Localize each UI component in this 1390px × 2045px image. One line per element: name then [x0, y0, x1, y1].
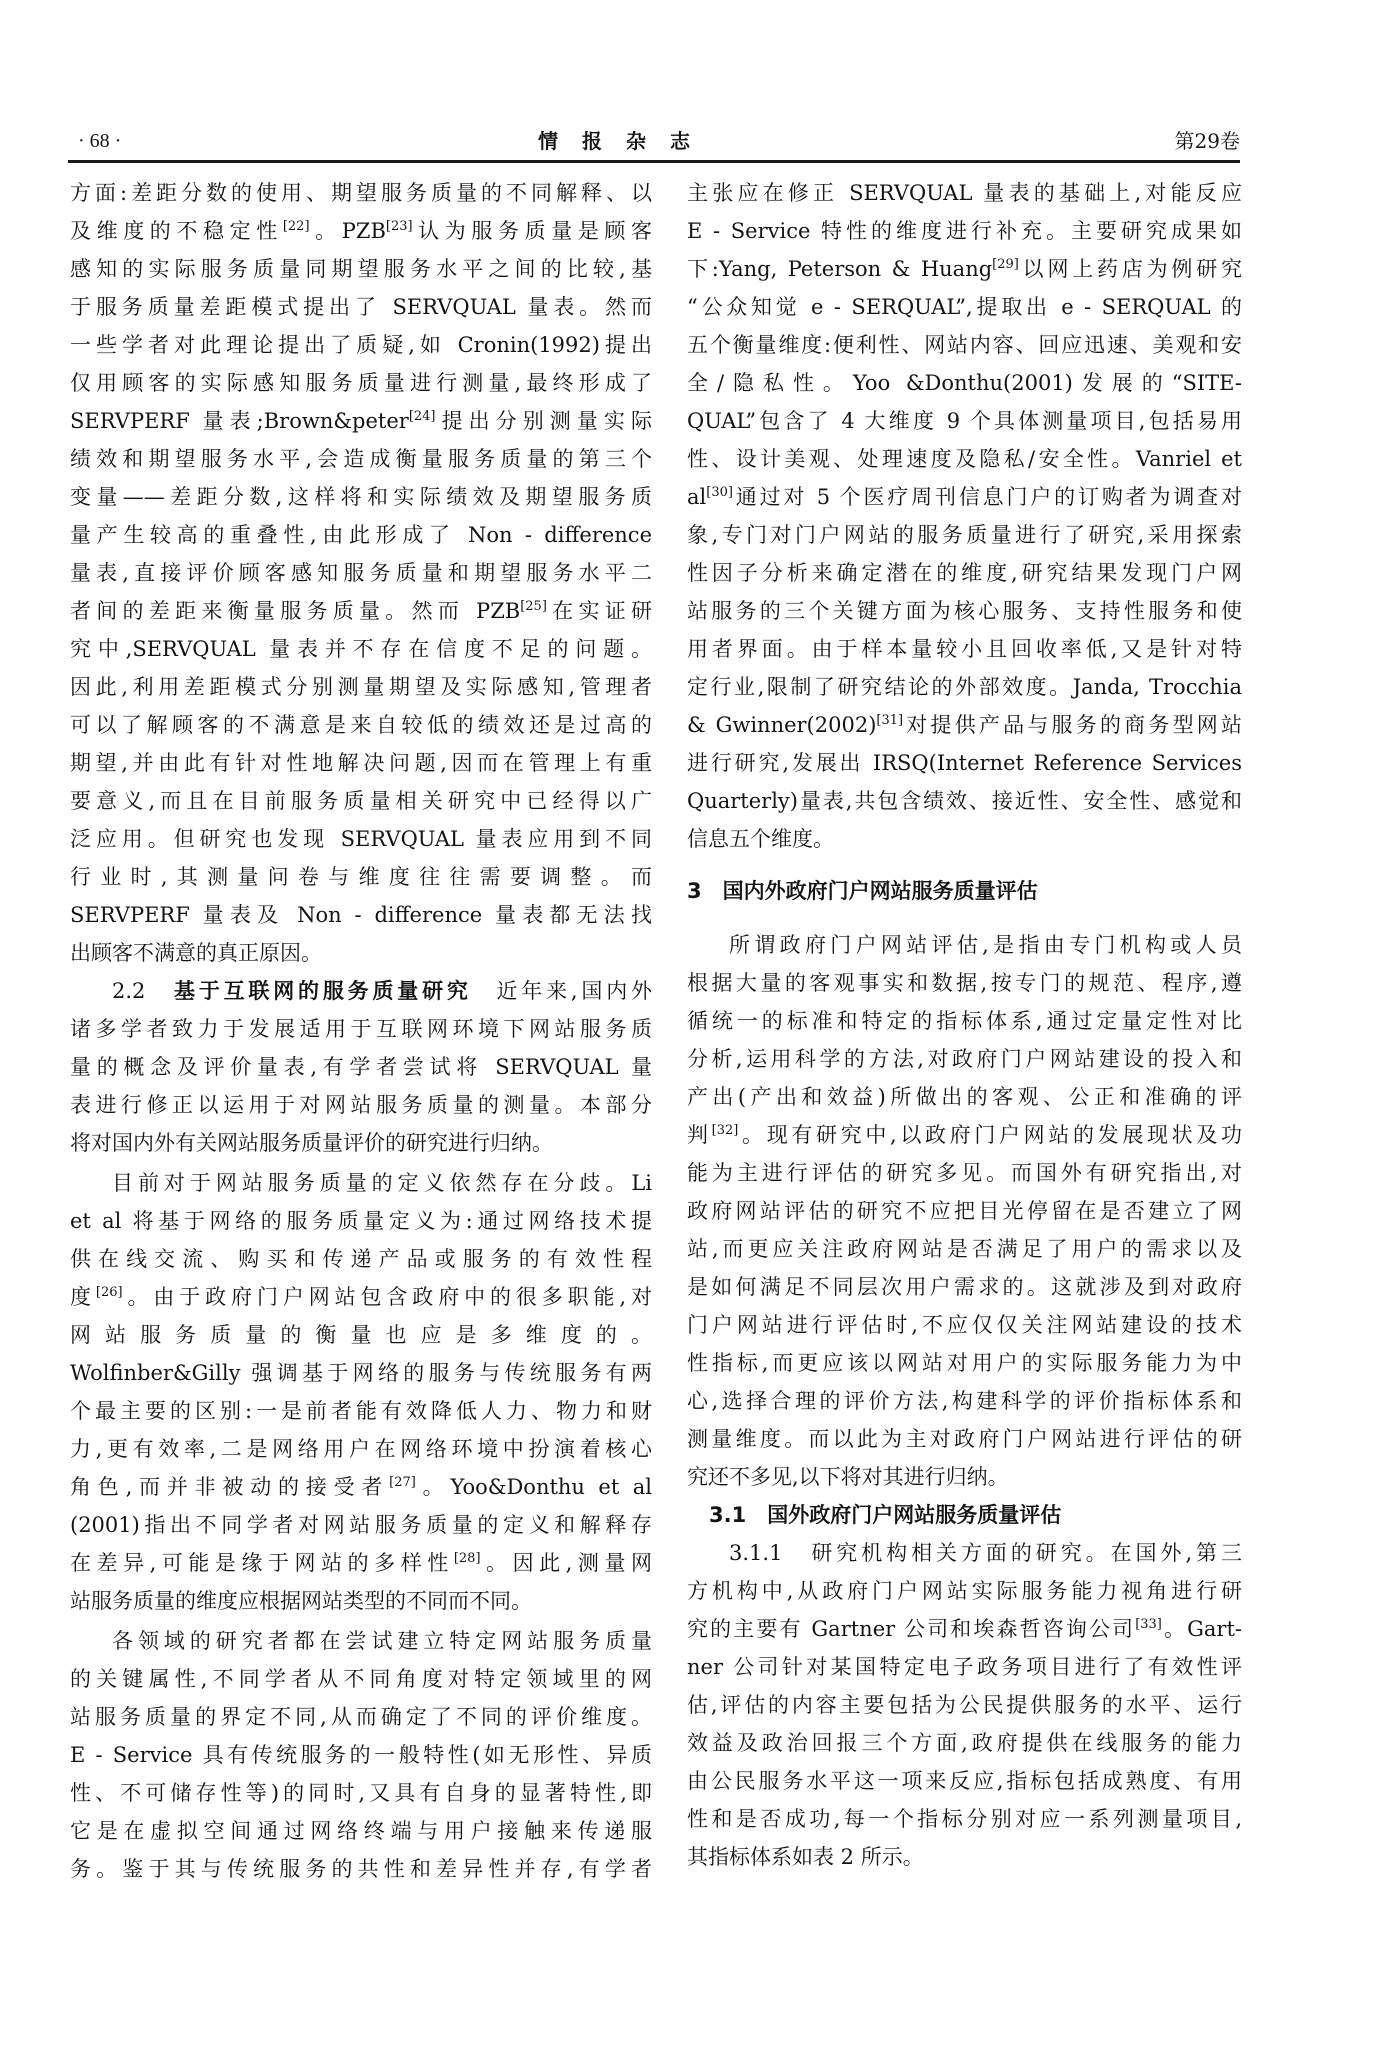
text-line: 究还不多见,以下将对其进行归纳。: [687, 1460, 1242, 1494]
text-line: 性、不可储存性等)的同时,又具有自身的显著特性,即: [70, 1776, 652, 1810]
text-line: E - Service 具有传统服务的一般特性(如无形性、异质: [70, 1738, 652, 1772]
text-line: 象,专门对门户网站的服务质量进行了研究,采用探索: [687, 518, 1242, 552]
text-line: 行业时,其测量问卷与维度往往需要调整。而: [70, 860, 652, 894]
text-line: 产出(产出和效益)所做出的客观、公正和准确的评: [687, 1080, 1242, 1114]
text-line: 在差异,可能是缘于网站的多样性[28]。因此,测量网: [70, 1546, 652, 1580]
text-line: 究中,SERVQUAL 量表并不存在信度不足的问题。: [70, 632, 652, 666]
text-line: 信息五个维度。: [687, 822, 1242, 856]
citation-ref: [25]: [520, 599, 547, 614]
citation-ref: [30]: [706, 485, 733, 500]
text-line: 量产生较高的重叠性,由此形成了 Non - difference: [70, 518, 652, 552]
text-line: 用者界面。由于样本量较小且回收率低,又是针对特: [687, 632, 1242, 666]
text-line: 个最主要的区别:一是前者能有效降低人力、物力和财: [70, 1394, 652, 1428]
text-line: 及维度的不稳定性[22]。PZB[23]认为服务质量是顾客: [70, 214, 652, 248]
text-line: 进行研究,发展出 IRSQ(Internet Reference Service…: [687, 746, 1242, 780]
text-line: 分析,运用科学的方法,对政府门户网站建设的投入和: [687, 1042, 1242, 1076]
text-line: 主张应在修正 SERVQUAL 量表的基础上,对能反应: [687, 176, 1242, 210]
text-line: al[30]通过对 5 个医疗周刊信息门户的订购者为调查对: [687, 480, 1242, 514]
text-line: Quarterly)量表,共包含绩效、接近性、安全性、感觉和: [687, 784, 1242, 818]
text-line: 于服务质量差距模式提出了 SERVQUAL 量表。然而: [70, 290, 652, 324]
text-line: 究的主要有 Gartner 公司和埃森哲咨询公司[33]。Gart-: [687, 1612, 1242, 1646]
text-line: SERVPERF 量表;Brown&peter[24]提出分别测量实际: [70, 404, 652, 438]
text-line: 量表,直接评价顾客感知服务质量和期望服务水平二: [70, 556, 652, 590]
text-line: 循统一的标准和特定的指标体系,通过定量定性对比: [687, 1004, 1242, 1038]
text-line: 将对国内外有关网站服务质量评价的研究进行归纳。: [70, 1126, 652, 1160]
text-line: 估,评估的内容主要包括为公民提供服务的水平、运行: [687, 1688, 1242, 1722]
text-line: 务。鉴于其与传统服务的共性和差异性并存,有学者: [70, 1852, 652, 1886]
header-rule: [68, 160, 1240, 163]
section-heading: 3 国内外政府门户网站服务质量评估: [687, 874, 1242, 908]
text-line: 站服务质量的界定不同,从而确定了不同的评价维度。: [70, 1700, 652, 1734]
citation-ref: [32]: [712, 1123, 739, 1138]
text-line: 根据大量的客观事实和数据,按专门的规范、程序,遵: [687, 966, 1242, 1000]
page-number: · 68 ·: [78, 128, 121, 154]
text-line: 测量维度。而以此为主对政府门户网站进行评估的研: [687, 1422, 1242, 1456]
text-line: 性、设计美观、处理速度及隐私/安全性。Vanriel et: [687, 442, 1242, 476]
text-line: 诸多学者致力于发展适用于互联网环境下网站服务质: [70, 1012, 652, 1046]
volume-label: 第29卷: [1175, 128, 1240, 154]
text-line: 效益及政治回报三个方面,政府提供在线服务的能力: [687, 1726, 1242, 1760]
text-line: 出顾客不满意的真正原因。: [70, 936, 652, 970]
text-line: 量的概念及评价量表,有学者尝试将 SERVQUAL 量: [70, 1050, 652, 1084]
text-line: 它是在虚拟空间通过网络终端与用户接触来传递服: [70, 1814, 652, 1848]
text-line: 2.2 基于互联网的服务质量研究 近年来,国内外: [70, 974, 652, 1008]
text-line: 心,选择合理的评价方法,构建科学的评价指标体系和: [687, 1384, 1242, 1418]
text-line: 一些学者对此理论提出了质疑,如 Cronin(1992)提出: [70, 328, 652, 362]
text-line: 变量——差距分数,这样将和实际绩效及期望服务质: [70, 480, 652, 514]
text-line: 者间的差距来衡量服务质量。然而 PZB[25]在实证研: [70, 594, 652, 628]
text-line: 目前对于网站服务质量的定义依然存在分歧。Li: [70, 1166, 652, 1200]
section-heading: 3.1 国外政府门户网站服务质量评估: [687, 1498, 1242, 1532]
text-line: 仅用顾客的实际感知服务质量进行测量,最终形成了: [70, 366, 652, 400]
citation-ref: [23]: [386, 219, 413, 234]
text-line: 定行业,限制了研究结论的外部效度。Janda, Trocchia: [687, 670, 1242, 704]
text-line: 供在线交流、购买和传递产品或服务的有效性程: [70, 1242, 652, 1276]
text-line: SERVPERF 量表及 Non - difference 量表都无法找: [70, 898, 652, 932]
text-line: 的关键属性,不同学者从不同角度对特定领域里的网: [70, 1662, 652, 1696]
text-line: 性因子分析来确定潜在的维度,研究结果发现门户网: [687, 556, 1242, 590]
citation-ref: [33]: [1135, 1617, 1162, 1632]
text-line: 由公民服务水平这一项来反应,指标包括成熟度、有用: [687, 1764, 1242, 1798]
text-line: 绩效和期望服务水平,会造成衡量服务质量的第三个: [70, 442, 652, 476]
citation-ref: [22]: [283, 219, 310, 234]
citation-ref: [28]: [454, 1551, 481, 1566]
text-line: 角色,而并非被动的接受者[27]。Yoo&Donthu et al: [70, 1470, 652, 1504]
text-line: 度[26]。由于政府门户网站包含政府中的很多职能,对: [70, 1280, 652, 1314]
text-line: 站服务质量的维度应根据网站类型的不同而不同。: [70, 1584, 652, 1618]
text-line: 门户网站进行评估时,不应仅仅关注网站建设的技术: [687, 1308, 1242, 1342]
text-line: 期望,并由此有针对性地解决问题,因而在管理上有重: [70, 746, 652, 780]
text-line: 表进行修正以运用于对网站服务质量的测量。本部分: [70, 1088, 652, 1122]
text-line: 泛应用。但研究也发现 SERVQUAL 量表应用到不同: [70, 822, 652, 856]
citation-ref: [29]: [992, 257, 1019, 272]
text-line: 性和是否成功,每一个指标分别对应一系列测量项目,: [687, 1802, 1242, 1836]
text-line: 站,而更应关注政府网站是否满足了用户的需求以及: [687, 1232, 1242, 1266]
text-line: 站服务的三个关键方面为核心服务、支持性服务和使: [687, 594, 1242, 628]
text-line: (2001)指出不同学者对网站服务质量的定义和解释存: [70, 1508, 652, 1542]
text-line: 判[32]。现有研究中,以政府门户网站的发展现状及功: [687, 1118, 1242, 1152]
text-line: 各领域的研究者都在尝试建立特定网站服务质量: [70, 1624, 652, 1658]
text-line: QUAL”包含了 4 大维度 9 个具体测量项目,包括易用: [687, 404, 1242, 438]
text-line: 能为主进行评估的研究多见。而国外有研究指出,对: [687, 1156, 1242, 1190]
text-line: et al 将基于网络的服务质量定义为:通过网络技术提: [70, 1204, 652, 1238]
text-line: 方面:差距分数的使用、期望服务质量的不同解释、以: [70, 176, 652, 210]
citation-ref: [26]: [96, 1285, 123, 1300]
text-line: 3.1.1 研究机构相关方面的研究。在国外,第三: [687, 1536, 1242, 1570]
text-line: 可以了解顾客的不满意是来自较低的绩效还是过高的: [70, 708, 652, 742]
text-line: & Gwinner(2002)[31]对提供产品与服务的商务型网站: [687, 708, 1242, 742]
text-line: 方机构中,从政府门户网站实际服务能力视角进行研: [687, 1574, 1242, 1608]
text-line: E - Service 特性的维度进行补充。主要研究成果如: [687, 214, 1242, 248]
text-line: 是如何满足不同层次用户需求的。这就涉及到对政府: [687, 1270, 1242, 1304]
text-line: 网站服务质量的衡量也应是多维度的。: [70, 1318, 652, 1352]
text-line: 其指标体系如表 2 所示。: [687, 1840, 1242, 1874]
text-line: 所谓政府门户网站评估,是指由专门机构或人员: [687, 928, 1242, 962]
text-line: ner 公司针对某国特定电子政务项目进行了有效性评: [687, 1650, 1242, 1684]
text-line: 性指标,而更应该以网站对用户的实际服务能力为中: [687, 1346, 1242, 1380]
text-line: 下:Yang, Peterson & Huang[29]以网上药店为例研究: [687, 252, 1242, 286]
running-header: · 68 · 情报杂志 第29卷: [68, 128, 1240, 154]
text-line: Wolfinber&Gilly 强调基于网络的服务与传统服务有两: [70, 1356, 652, 1390]
citation-ref: [24]: [409, 409, 436, 424]
text-line: 五个衡量维度:便利性、网站内容、回应迅速、美观和安: [687, 328, 1242, 362]
text-line: 力,更有效率,二是网络用户在网络环境中扮演着核心: [70, 1432, 652, 1466]
citation-ref: [31]: [876, 713, 903, 728]
journal-title: 情报杂志: [538, 128, 714, 154]
text-line: “公众知觉 e - SERQUAL”,提取出 e - SERQUAL 的: [687, 290, 1242, 324]
citation-ref: [27]: [389, 1475, 416, 1490]
subsection-title: 基于互联网的服务质量研究: [174, 979, 472, 1003]
text-line: 因此,利用差距模式分别测量期望及实际感知,管理者: [70, 670, 652, 704]
text-line: 全/隐私性。Yoo &Donthu(2001)发展的“SITE-: [687, 366, 1242, 400]
text-line: 政府网站评估的研究不应把目光停留在是否建立了网: [687, 1194, 1242, 1228]
text-line: 感知的实际服务质量同期望服务水平之间的比较,基: [70, 252, 652, 286]
text-line: 要意义,而且在目前服务质量相关研究中已经得以广: [70, 784, 652, 818]
